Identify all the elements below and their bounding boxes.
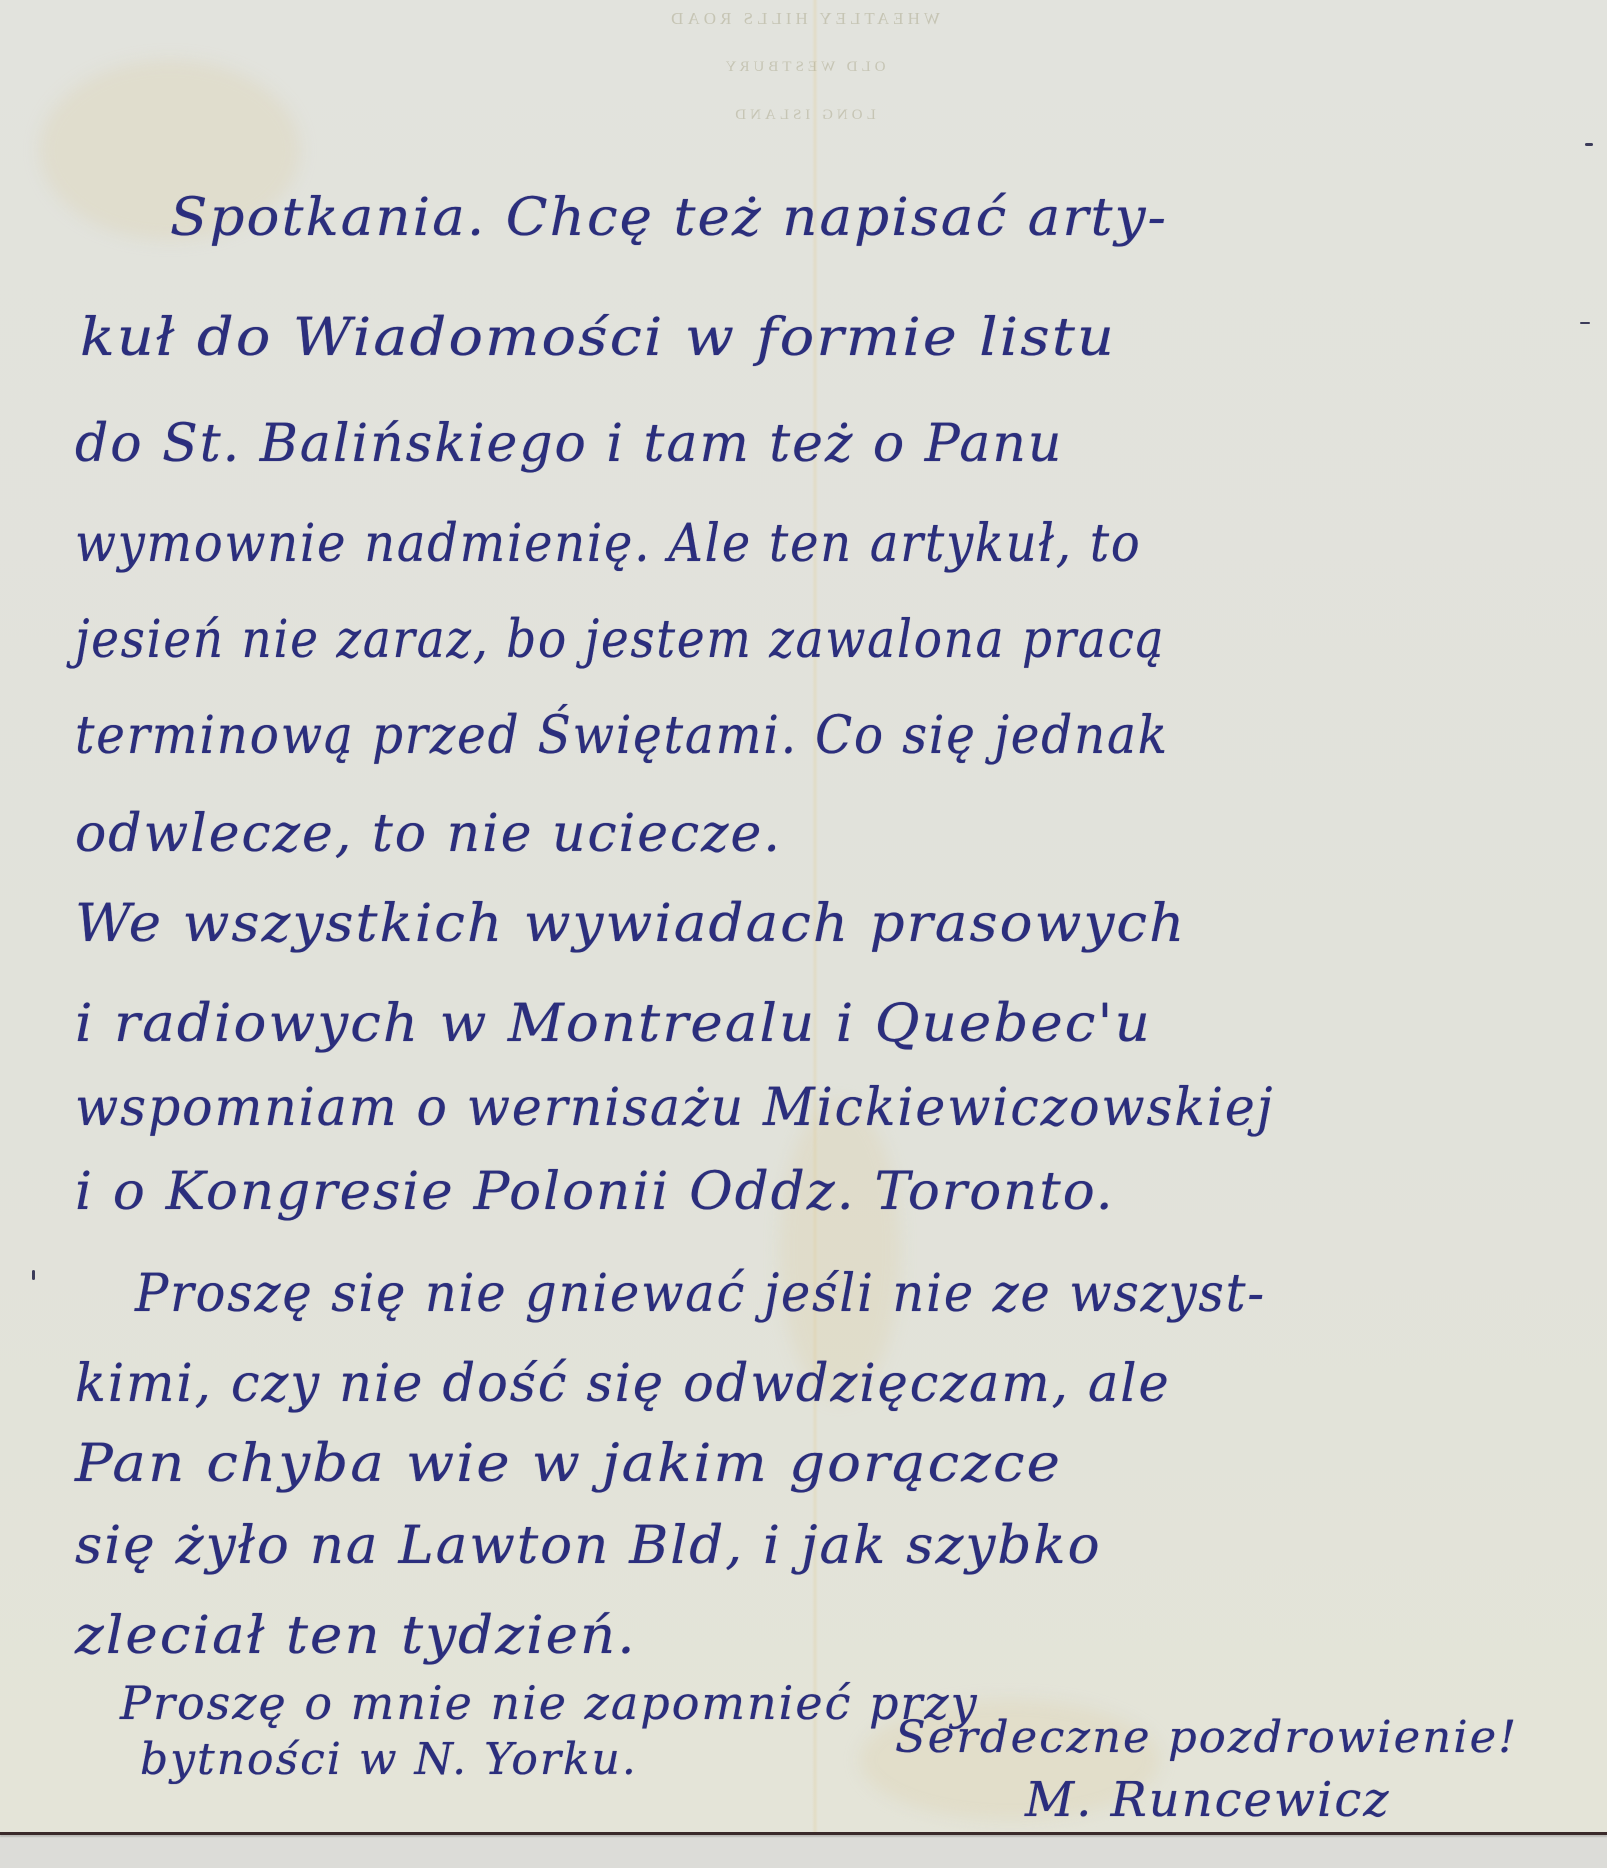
handwritten-line: zleciał ten tydzień. — [75, 1610, 637, 1662]
handwritten-line: kuł do Wiadomości w formie listu — [80, 312, 1116, 364]
handwritten-line: We wszystkich wywiadach prasowych — [75, 898, 1186, 950]
handwritten-line: kimi, czy nie dość się odwdzięczam, ale — [75, 1358, 1171, 1410]
closing-line: Serdeczne pozdrowienie! — [895, 1716, 1518, 1760]
handwritten-line: terminową przed Świętami. Co się jednak — [75, 710, 1169, 762]
handwritten-line: bytności w N. Yorku. — [140, 1738, 638, 1782]
handwritten-line: się żyło na Lawton Bld, i jak szybko — [75, 1520, 1102, 1572]
letter-sheet: WHEATLEY HILLS ROAD OLD WESTBURY LONG IS… — [0, 0, 1607, 1835]
letter-body: Spotkania. Chcę też napisać arty- kuł do… — [0, 0, 1607, 1832]
handwritten-line: Proszę o mnie nie zapomnieć przy — [120, 1680, 979, 1726]
signature: M. Runcewicz — [1025, 1776, 1391, 1824]
handwritten-line: Proszę się nie gniewać jeśli nie ze wszy… — [135, 1268, 1266, 1320]
handwritten-line: wymownie nadmienię. Ale ten artykuł, to — [75, 518, 1142, 570]
handwritten-line: do St. Balińskiego i tam też o Panu — [75, 418, 1063, 470]
handwritten-line: i o Kongresie Polonii Oddz. Toronto. — [75, 1166, 1115, 1218]
handwritten-line: Spotkania. Chcę też napisać arty- — [170, 192, 1168, 244]
handwritten-line: Pan chyba wie w jakim gorączce — [75, 1438, 1062, 1490]
handwritten-line: wspomniam o wernisażu Mickiewiczowskiej — [75, 1082, 1274, 1134]
handwritten-line: jesień nie zaraz, bo jestem zawalona pra… — [75, 614, 1165, 666]
handwritten-line: i radiowych w Montrealu i Quebec'u — [75, 998, 1152, 1050]
handwritten-line: odwlecze, to nie uciecze. — [75, 808, 782, 860]
